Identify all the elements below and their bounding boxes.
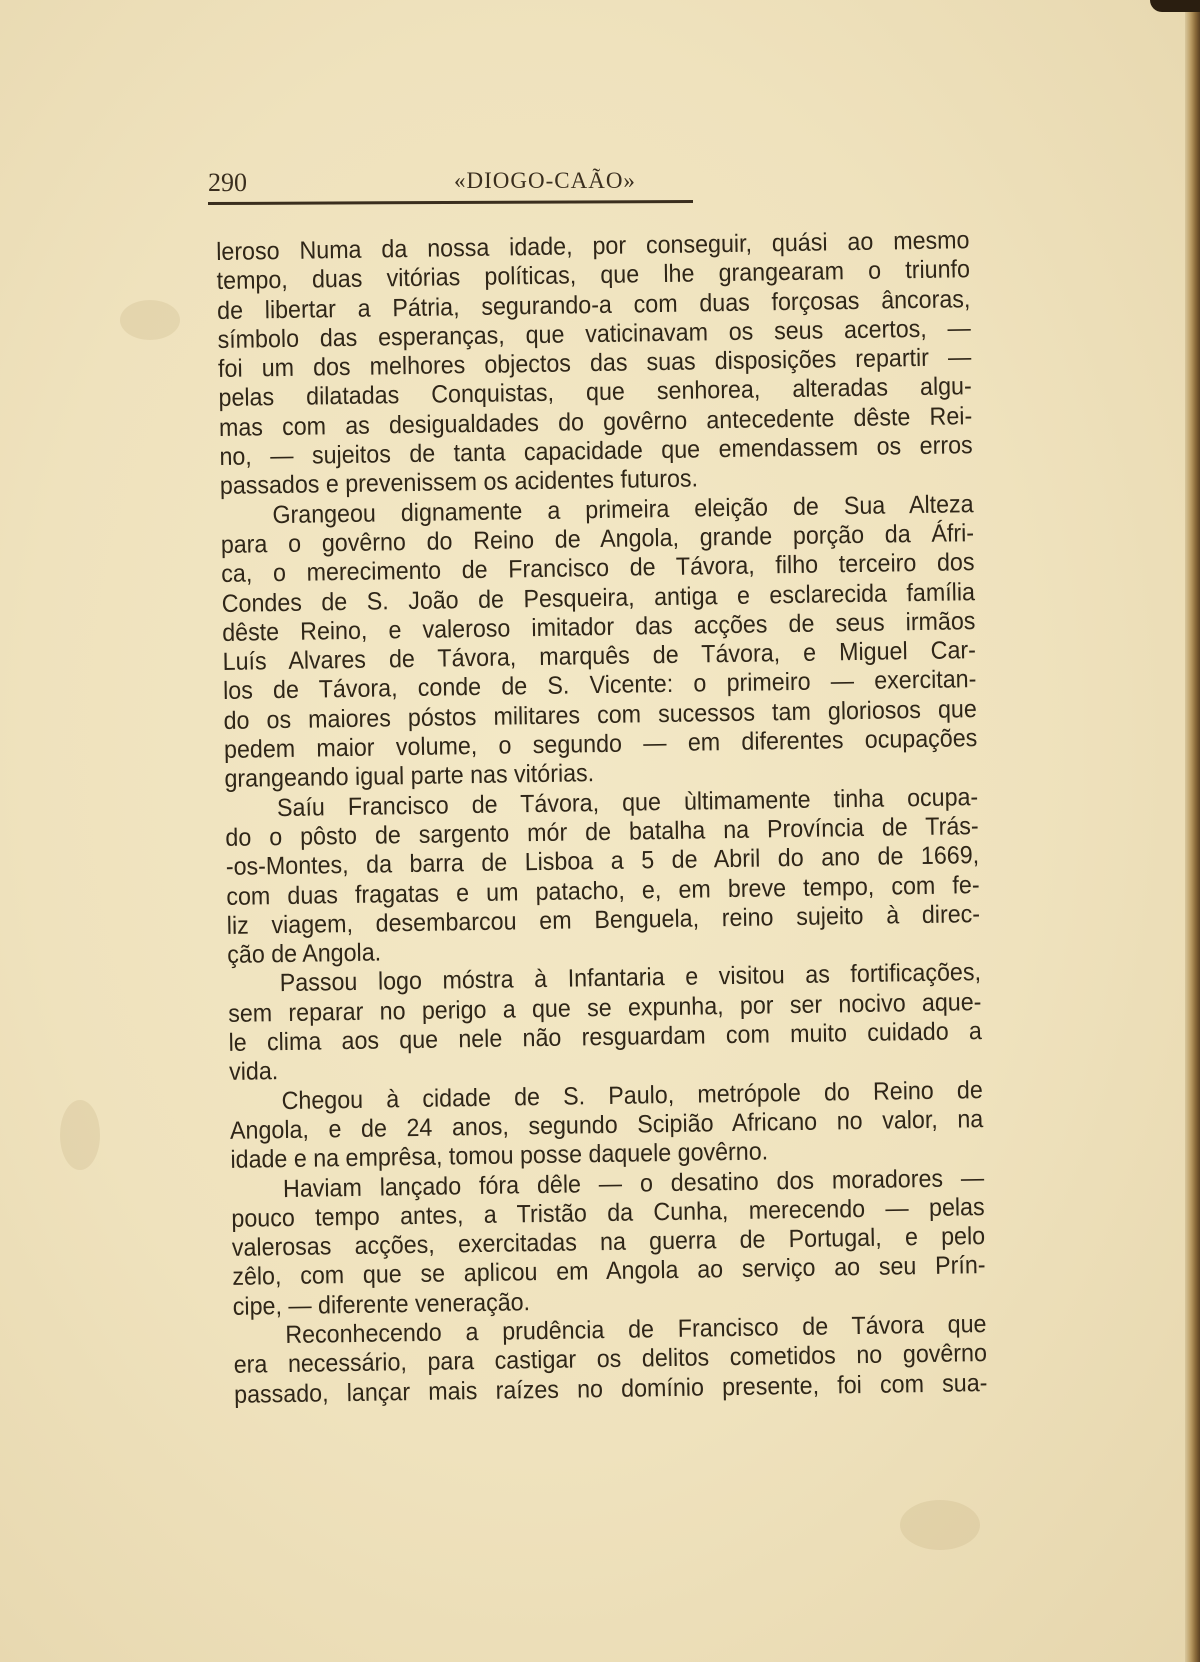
paper-stain <box>120 300 180 340</box>
running-title: «DIOGO-CAÃO» <box>454 168 636 194</box>
book-page: 290 «DIOGO-CAÃO» leroso Numa da nossa id… <box>0 0 1185 1662</box>
paper-stain <box>900 1500 980 1550</box>
book-spine-edge <box>1185 0 1200 1662</box>
body-text: leroso Numa da nossa idade, por consegui… <box>216 225 1034 1409</box>
paper-stain <box>60 1100 100 1170</box>
corner-shadow <box>1150 0 1200 12</box>
page-number: 290 <box>208 168 247 198</box>
page-header: 290 «DIOGO-CAÃO» <box>208 168 708 204</box>
